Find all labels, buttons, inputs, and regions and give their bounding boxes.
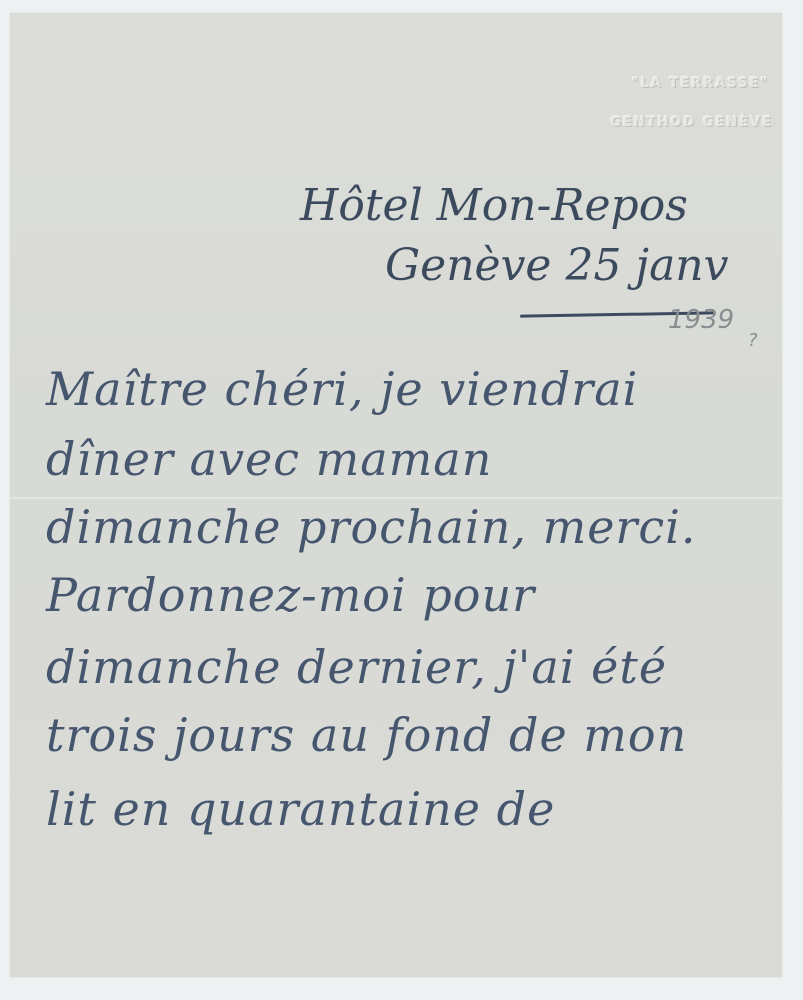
letter-line-3: dimanche prochain, merci. bbox=[46, 500, 697, 554]
letter-line-7: lit en quarantaine de bbox=[46, 782, 555, 836]
letterhead-location: GENTHOD GENÈVE bbox=[610, 115, 773, 130]
pencil-query-mark: ? bbox=[748, 330, 758, 351]
paper-fold-line bbox=[10, 497, 782, 499]
letterhead-name: "LA TERRASSE" bbox=[632, 76, 769, 91]
header-date: Genève 25 janv bbox=[385, 240, 729, 291]
letter-line-6: trois jours au fond de mon bbox=[46, 708, 687, 762]
letter-line-5: dimanche dernier, j'ai été bbox=[46, 640, 667, 694]
header-place: Hôtel Mon-Repos bbox=[300, 180, 688, 231]
pencil-year: 1939 bbox=[668, 305, 734, 335]
letter-line-4: Pardonnez-moi pour bbox=[46, 568, 535, 622]
letter-line-2: dîner avec maman bbox=[46, 432, 492, 486]
letter-line-1: Maître chéri, je viendrai bbox=[46, 362, 638, 416]
